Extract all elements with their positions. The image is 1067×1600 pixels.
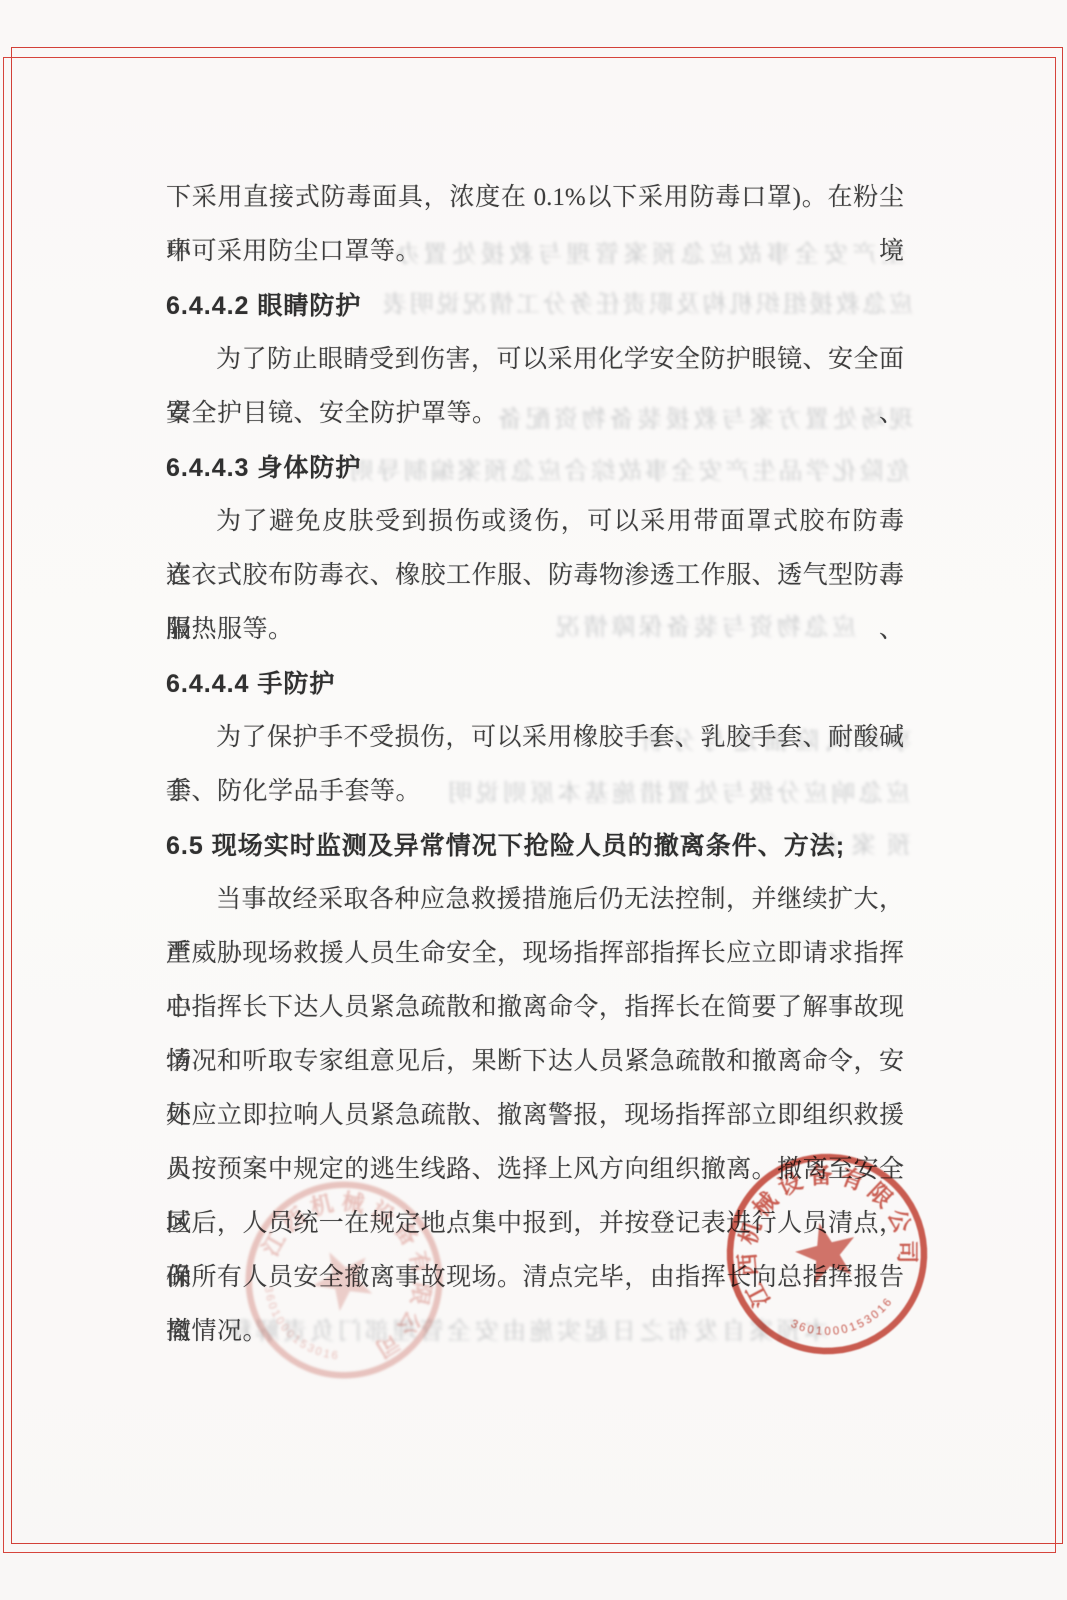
document-text: 下采用直接式防毒面具，浓度在 0.1%以下采用防毒口罩)。在粉尘环境 中可采用防… [166,171,904,1359]
text-line: 保所有人员安全撤离事故现场。清点完毕，由指挥长向总指挥报告撤 [166,1251,904,1305]
text-line: 情况和听取专家组意见后，果断下达人员紧急疏散和撤离命令，安环 [166,1035,904,1089]
text-line: 为了避免皮肤受到损伤或烫伤，可以采用带面罩式胶布防毒衣、 [166,495,904,549]
heading-line: 6.4.4.4 手防护 [166,657,904,711]
text-line: 当事故经采取各种应急救援措施后仍无法控制，并继续扩大，严 [166,873,904,927]
text-line: 心指挥长下达人员紧急疏散和撤离命令，指挥长在简要了解事故现场 [166,981,904,1035]
text-line: 连衣式胶布防毒衣、橡胶工作服、防毒物渗透工作服、透气型防毒服、 [166,549,904,603]
text-line: 下采用直接式防毒面具，浓度在 0.1%以下采用防毒口罩)。在粉尘环境 [166,171,904,225]
heading-line: 6.4.4.2 眼睛防护 [166,279,904,333]
text-line: 为了防止眼睛受到伤害，可以采用化学安全防护眼镜、安全面罩、 [166,333,904,387]
text-line: 处应立即拉响人员紧急疏散、撤离警报，现场指挥部立即组织救援人 [166,1089,904,1143]
text-line: 套、防化学品手套等。 [166,765,904,819]
text-line: 离情况。 [166,1305,904,1359]
text-line: 域后，人员统一在规定地点集中报到，并按登记表进行人员清点，确 [166,1197,904,1251]
text-line: 重威胁现场救援人员生命安全，现场指挥部指挥长应立即请求指挥中 [166,927,904,981]
heading-line: 6.4.4.3 身体防护 [166,441,904,495]
text-line: 为了保护手不受损伤，可以采用橡胶手套、乳胶手套、耐酸碱手 [166,711,904,765]
text-line: 员按预案中规定的逃生线路、选择上风方向组织撤离。撤离至安全区 [166,1143,904,1197]
heading-line: 6.5 现场实时监测及异常情况下抢险人员的撤离条件、方法; [166,819,904,873]
